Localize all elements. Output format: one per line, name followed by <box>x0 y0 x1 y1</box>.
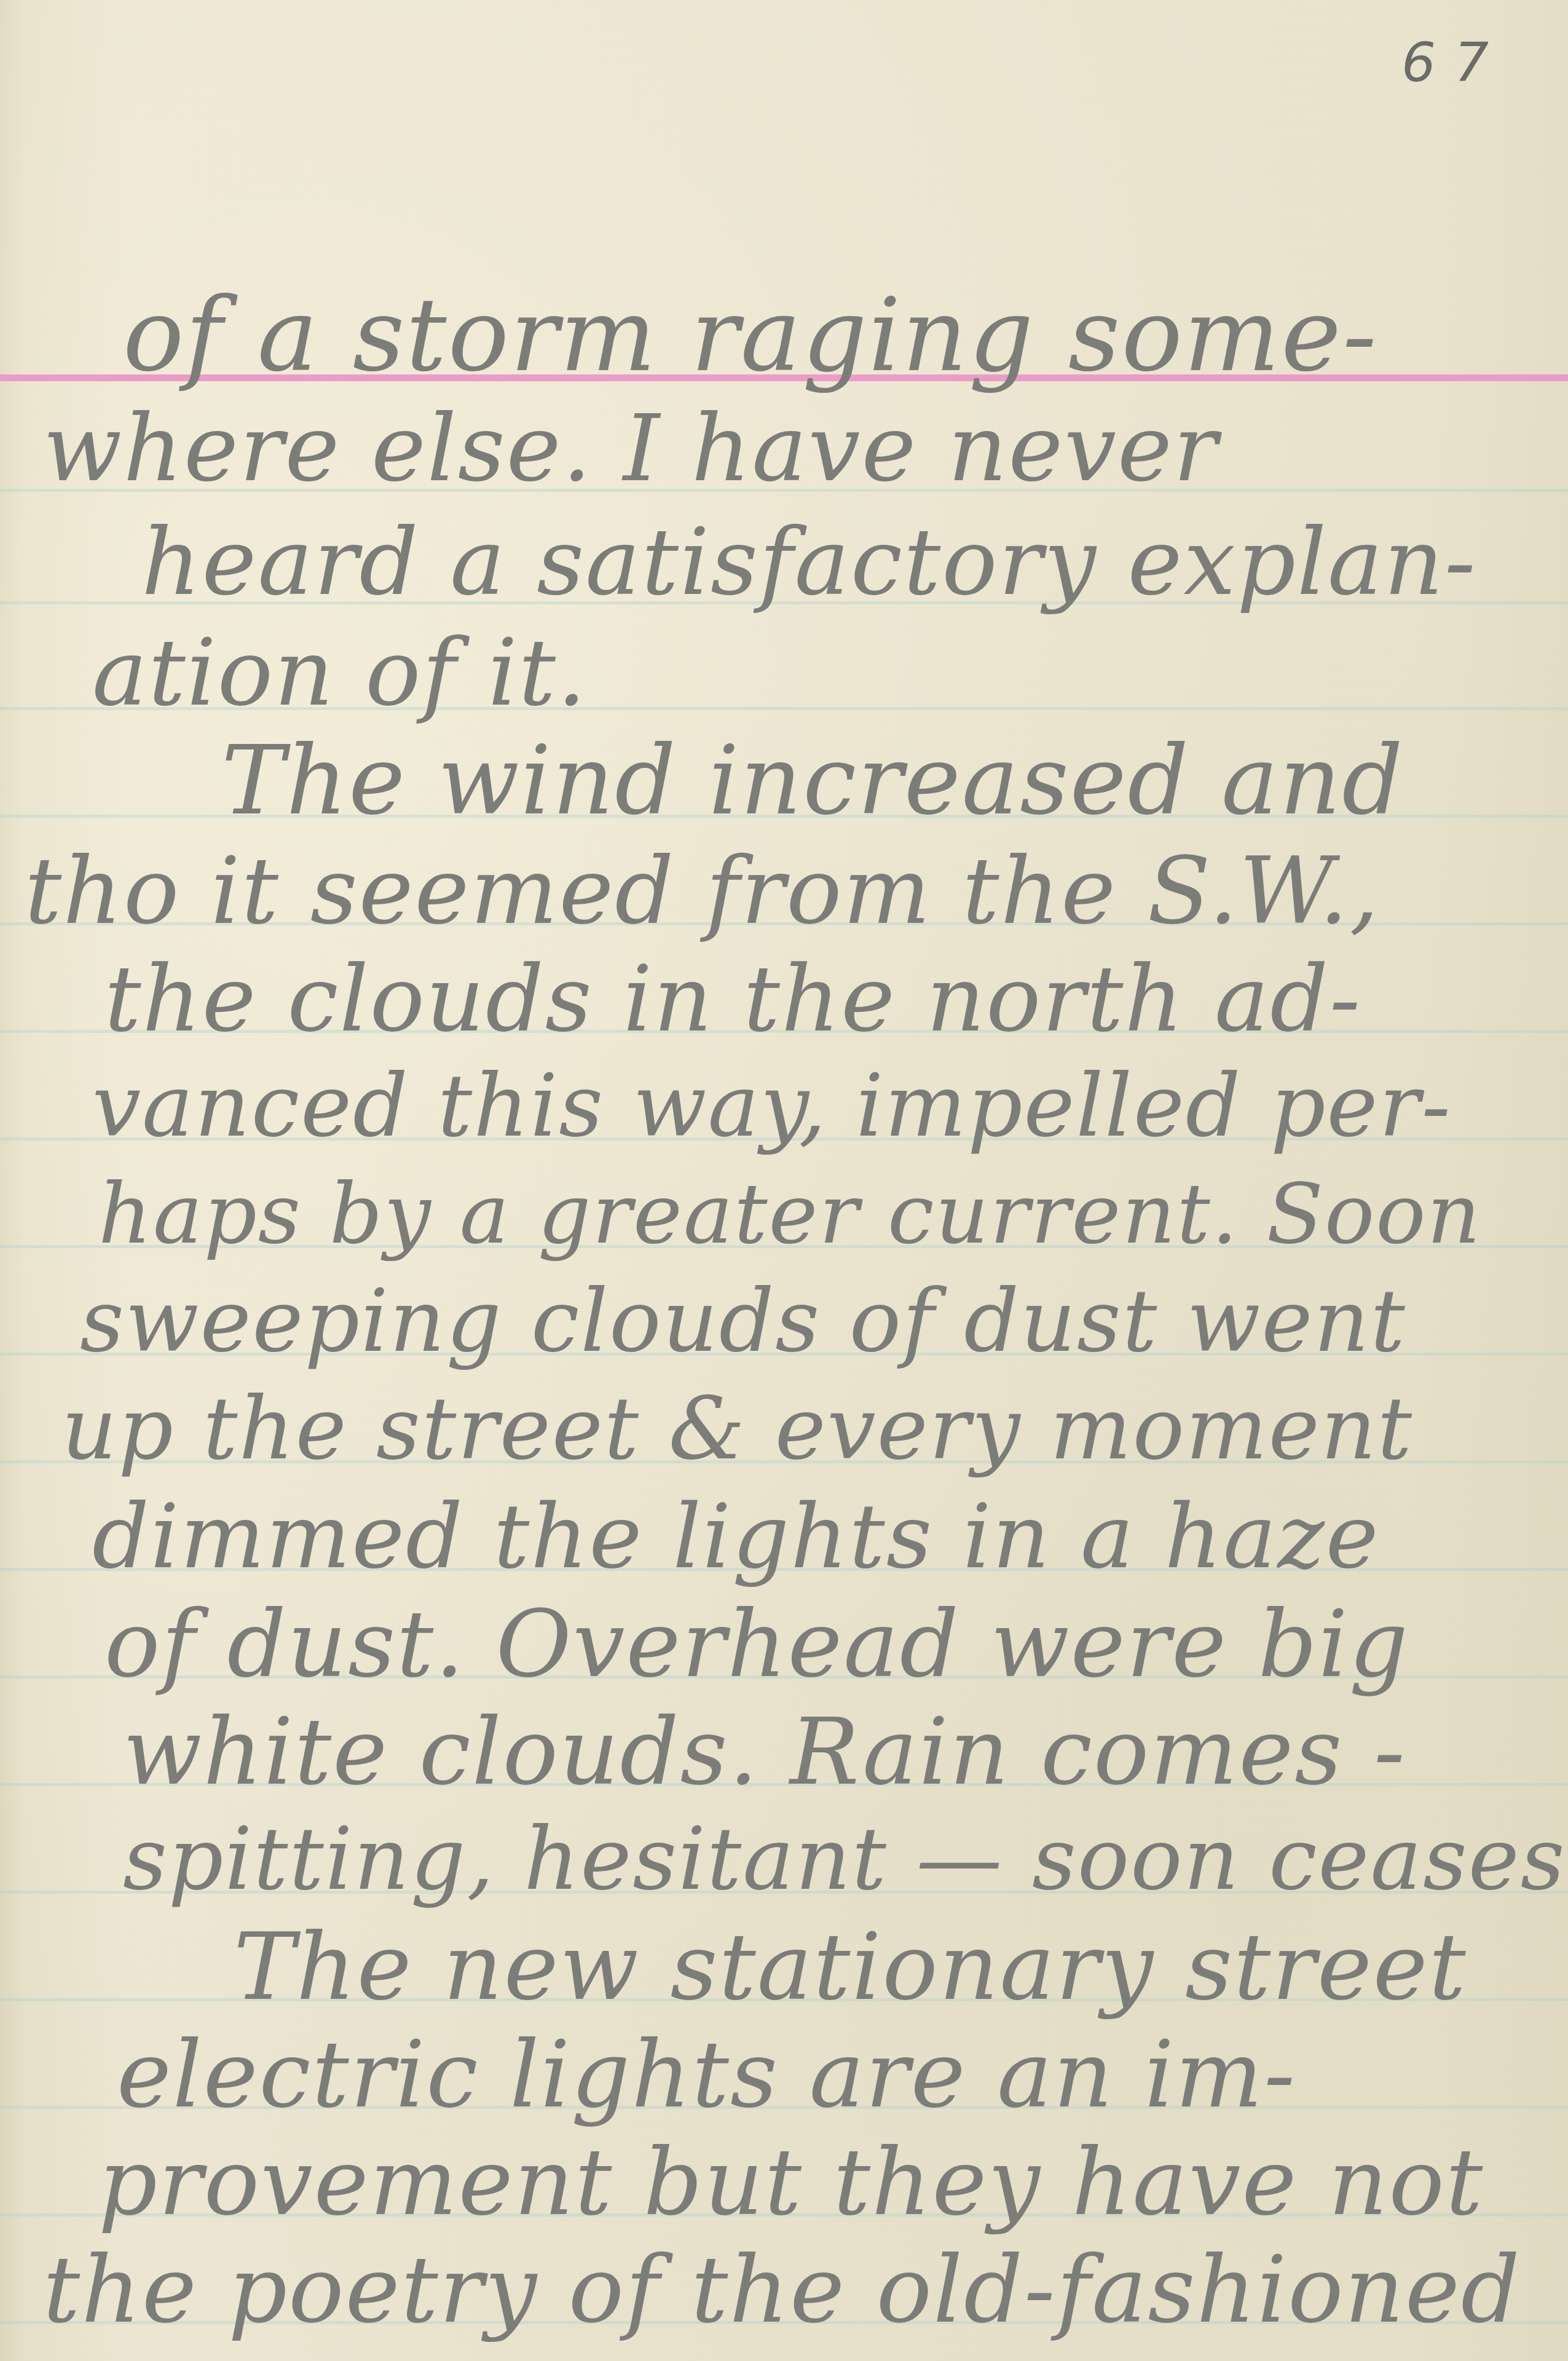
text-line: ation of it. <box>92 627 588 719</box>
text-line: provement but they have not <box>98 2137 1484 2229</box>
text-line: electric lights are an im- <box>117 2029 1296 2121</box>
text-line: vanced this way, impelled per- <box>92 1061 1452 1153</box>
text-line: The wind increased and <box>221 735 1404 827</box>
text-line: haps by a greater current. Soon <box>98 1168 1481 1260</box>
page-number: 67 <box>1401 31 1507 94</box>
notebook-page: 67 of a storm raging some- where else. I… <box>0 0 1568 2361</box>
text-line: The new stationary street <box>234 1921 1467 2014</box>
text-line: of a storm raging some- <box>123 289 1378 381</box>
text-line: spitting, hesitant — soon ceases <box>123 1814 1566 1906</box>
text-line: tho it seemed from the S.W., <box>25 845 1380 938</box>
text-line: where else. I have never <box>43 403 1219 495</box>
text-line: white clouds. Rain comes - <box>123 1706 1406 1798</box>
text-line: sweeping clouds of dust went <box>80 1276 1406 1368</box>
text-line: the poetry of the old-fashioned <box>43 2244 1521 2336</box>
text-line: heard a satisfactory explan- <box>141 516 1477 609</box>
text-line: up the street & every moment <box>61 1383 1413 1476</box>
text-line: dimmed the lights in a haze <box>92 1491 1380 1583</box>
text-line: of dust. Overhead were big <box>104 1599 1409 1691</box>
text-line: the clouds in the north ad- <box>104 953 1361 1045</box>
